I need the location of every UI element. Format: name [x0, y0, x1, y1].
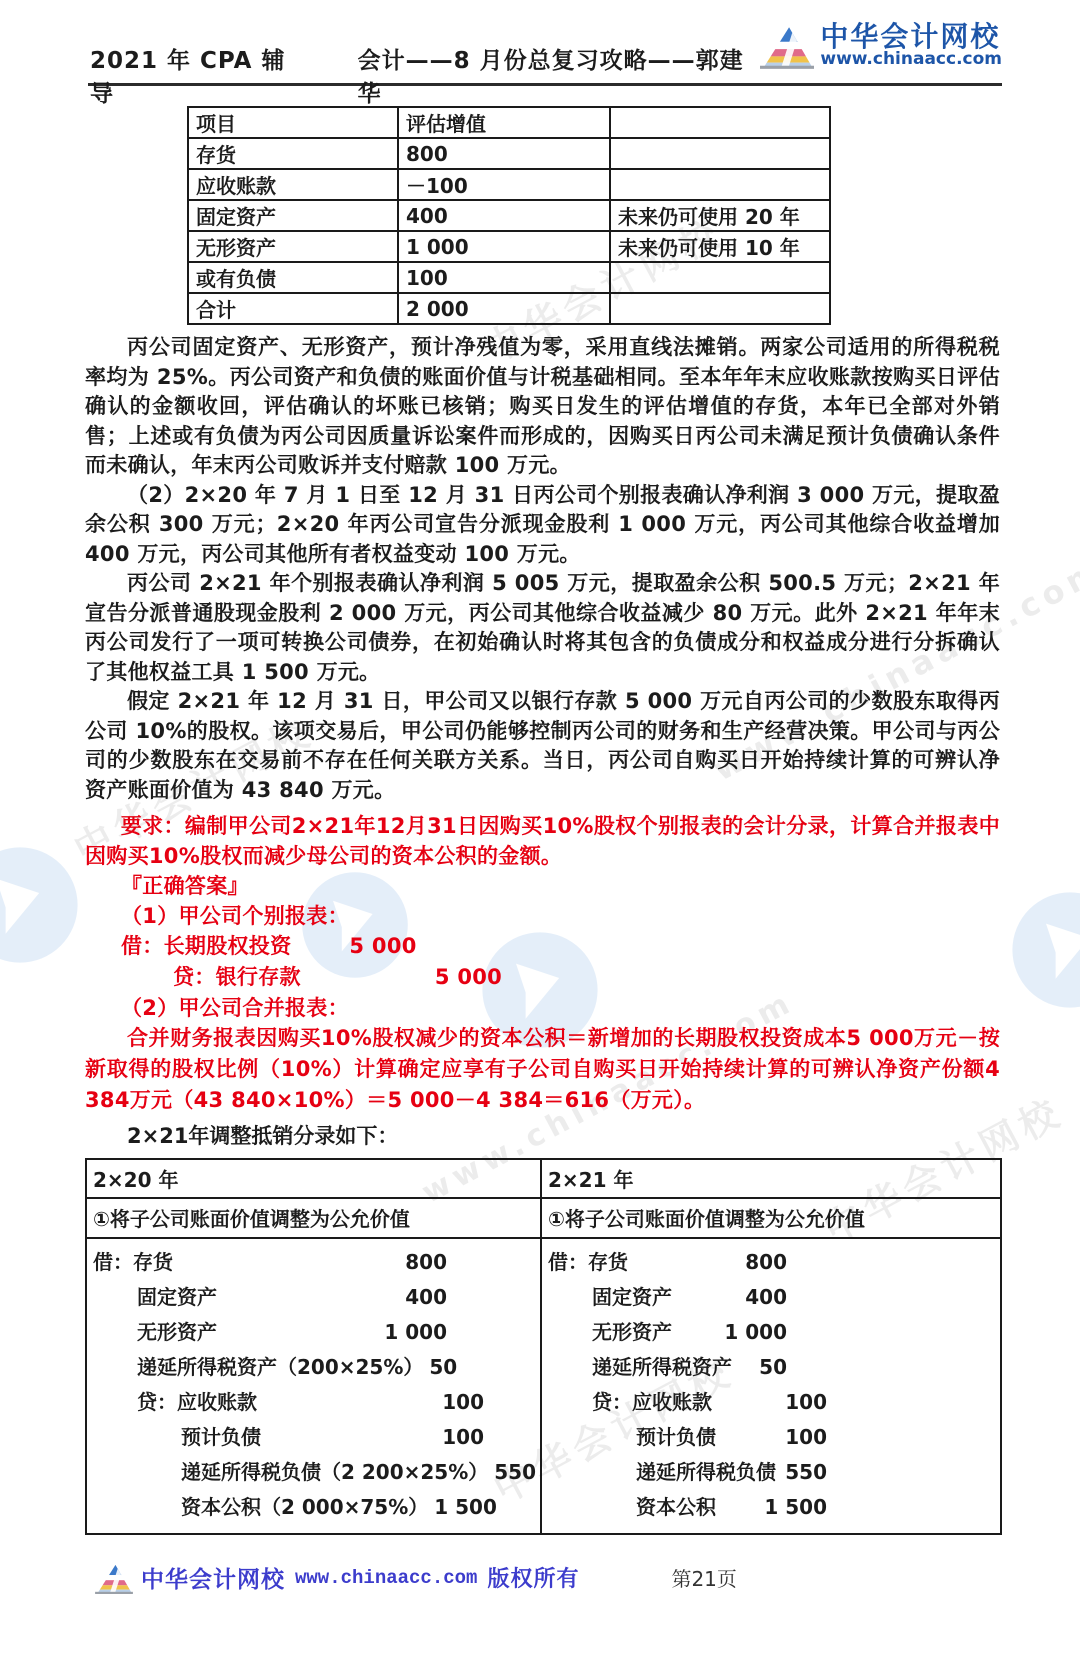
cell: [610, 262, 830, 293]
journal-line: 借：存货800: [548, 1245, 992, 1280]
page-number: 第21页: [671, 1563, 736, 1592]
cell: 项目: [188, 107, 398, 138]
journal-amount: 5 000: [435, 962, 502, 993]
body-text: 丙公司固定资产、无形资产，预计净残值为零，采用直线法摊销。两家公司适用的所得税税…: [85, 333, 1000, 805]
cell: 400: [398, 200, 610, 231]
brand-name: 中华会计网校: [820, 22, 1002, 51]
cell: 合计: [188, 293, 398, 324]
answer-paragraph: 合并财务报表因购买10%股权减少的资本公积＝新增加的长期股权投资成本5 000万…: [85, 1023, 1000, 1116]
journal-line: 递延所得税负债（2 200×25%）550: [93, 1455, 532, 1490]
journal-line: 固定资产400: [548, 1280, 992, 1315]
cell: [610, 107, 830, 138]
answer-section-title: （1）甲公司个别报表：: [85, 901, 1000, 931]
step-cell: ①将子公司账面价值调整为公允价值: [541, 1198, 1001, 1238]
journal-line: 预计负债100: [93, 1420, 532, 1455]
cell: 存货: [188, 138, 398, 169]
cell: 1 000: [398, 231, 610, 262]
table-row: 合计 2 000: [188, 293, 830, 324]
cell: －100: [398, 169, 610, 200]
entries-intro: 2×21年调整抵销分录如下：: [85, 1120, 1000, 1152]
cell: 无形资产: [188, 231, 398, 262]
course-label: 2021 年 CPA 辅导: [90, 42, 306, 108]
journal-line: 递延所得税资产（200×25%）50: [93, 1350, 532, 1385]
journal-line: 资本公积1 500: [548, 1490, 992, 1525]
journal-line: 预计负债100: [548, 1420, 992, 1455]
page-header: 2021 年 CPA 辅导 会计——8 月份总复习攻略——郭建华: [0, 0, 1080, 80]
brand-block: 中华会计网校 www.chinaacc.com: [760, 22, 1002, 69]
footer-logo-icon: [95, 1562, 133, 1594]
answer-block: 『正确答案』 （1）甲公司个别报表： 借：长期股权投资 5 000 贷：银行存款…: [85, 871, 1000, 1116]
journal-label: 借：长期股权投资: [121, 931, 291, 962]
brand-logo-icon: [760, 23, 814, 69]
answer-label: 『正确答案』: [85, 871, 1000, 901]
year-cell: 2×21 年: [541, 1159, 1001, 1198]
cell: [610, 169, 830, 200]
journal-line: 借：存货800: [93, 1245, 532, 1280]
journal-line: 贷：应收账款100: [548, 1385, 992, 1420]
journal-line: 固定资产400: [93, 1280, 532, 1315]
cell: 或有负债: [188, 262, 398, 293]
table-row: 无形资产 1 000 未来仍可使用 10 年: [188, 231, 830, 262]
entries-cell: 借：存货800 固定资产400 无形资产1 000 递延所得税资产50 贷：应收…: [541, 1238, 1001, 1534]
cell: [610, 293, 830, 324]
journal-line: 贷：应收账款100: [93, 1385, 532, 1420]
journal-line: 借：长期股权投资 5 000: [85, 931, 1000, 962]
footer-brand: 中华会计网校: [141, 1561, 285, 1594]
cell: 固定资产: [188, 200, 398, 231]
entries-cell: 借：存货800 固定资产400 无形资产1 000 递延所得税资产（200×25…: [86, 1238, 541, 1534]
table-row: 固定资产 400 未来仍可使用 20 年: [188, 200, 830, 231]
table-row: 2×20 年 2×21 年: [86, 1159, 1001, 1198]
paragraph: 丙公司固定资产、无形资产，预计净残值为零，采用直线法摊销。两家公司适用的所得税税…: [85, 333, 1000, 481]
table-row: ①将子公司账面价值调整为公允价值 ①将子公司账面价值调整为公允价值: [86, 1198, 1001, 1238]
journal-line: 递延所得税负债550: [548, 1455, 992, 1490]
page-footer: 中华会计网校 www.chinaacc.com 版权所有 第21页: [95, 1561, 1020, 1594]
page-title: 会计——8 月份总复习攻略——郭建华: [358, 42, 761, 108]
journal-line: 无形资产1 000: [93, 1315, 532, 1350]
journal-line: 递延所得税资产50: [548, 1350, 992, 1385]
paragraph: 丙公司 2×21 年个别报表确认净利润 5 005 万元，提取盈余公积 500.…: [85, 569, 1000, 687]
table-row: 存货 800: [188, 138, 830, 169]
journal-label: 贷：银行存款: [173, 962, 301, 993]
valuation-table: 项目 评估增值 存货 800 应收账款 －100 固定资产 400 未来仍可使用…: [187, 106, 831, 325]
cell: 未来仍可使用 10 年: [610, 231, 830, 262]
footer-site: www.chinaacc.com: [295, 1567, 477, 1589]
paragraph: 假定 2×21 年 12 月 31 日，甲公司又以银行存款 5 000 万元自丙…: [85, 687, 1000, 805]
table-row: 借：存货800 固定资产400 无形资产1 000 递延所得税资产（200×25…: [86, 1238, 1001, 1534]
table-row: 或有负债 100: [188, 262, 830, 293]
journal-line: 无形资产1 000: [548, 1315, 992, 1350]
document-page: 中华会计网校 www.chinaacc.com 中华会计网校 中华会计网校 ww…: [0, 0, 1080, 1660]
cell: 未来仍可使用 20 年: [610, 200, 830, 231]
cell: 800: [398, 138, 610, 169]
journal-amount: 5 000: [349, 931, 416, 962]
cell: 100: [398, 262, 610, 293]
cell: 应收账款: [188, 169, 398, 200]
cell: 评估增值: [398, 107, 610, 138]
brand-site: www.chinaacc.com: [820, 51, 1002, 69]
step-cell: ①将子公司账面价值调整为公允价值: [86, 1198, 541, 1238]
cell: [610, 138, 830, 169]
table-row: 应收账款 －100: [188, 169, 830, 200]
table-row: 项目 评估增值: [188, 107, 830, 138]
footer-copyright: 版权所有: [487, 1562, 579, 1593]
cell: 2 000: [398, 293, 610, 324]
entries-table: 2×20 年 2×21 年 ①将子公司账面价值调整为公允价值 ①将子公司账面价值…: [85, 1158, 1002, 1535]
year-cell: 2×20 年: [86, 1159, 541, 1198]
journal-line: 资本公积（2 000×75%）1 500: [93, 1490, 532, 1525]
answer-section-title: （2）甲公司合并报表：: [85, 993, 1000, 1023]
journal-line: 贷：银行存款 5 000: [85, 962, 1000, 993]
requirement-text: 要求：编制甲公司2×21年12月31日因购买10%股权个别报表的会计分录，计算合…: [85, 811, 1000, 871]
paragraph: （2）2×20 年 7 月 1 日至 12 月 31 日丙公司个别报表确认净利润…: [85, 481, 1000, 570]
